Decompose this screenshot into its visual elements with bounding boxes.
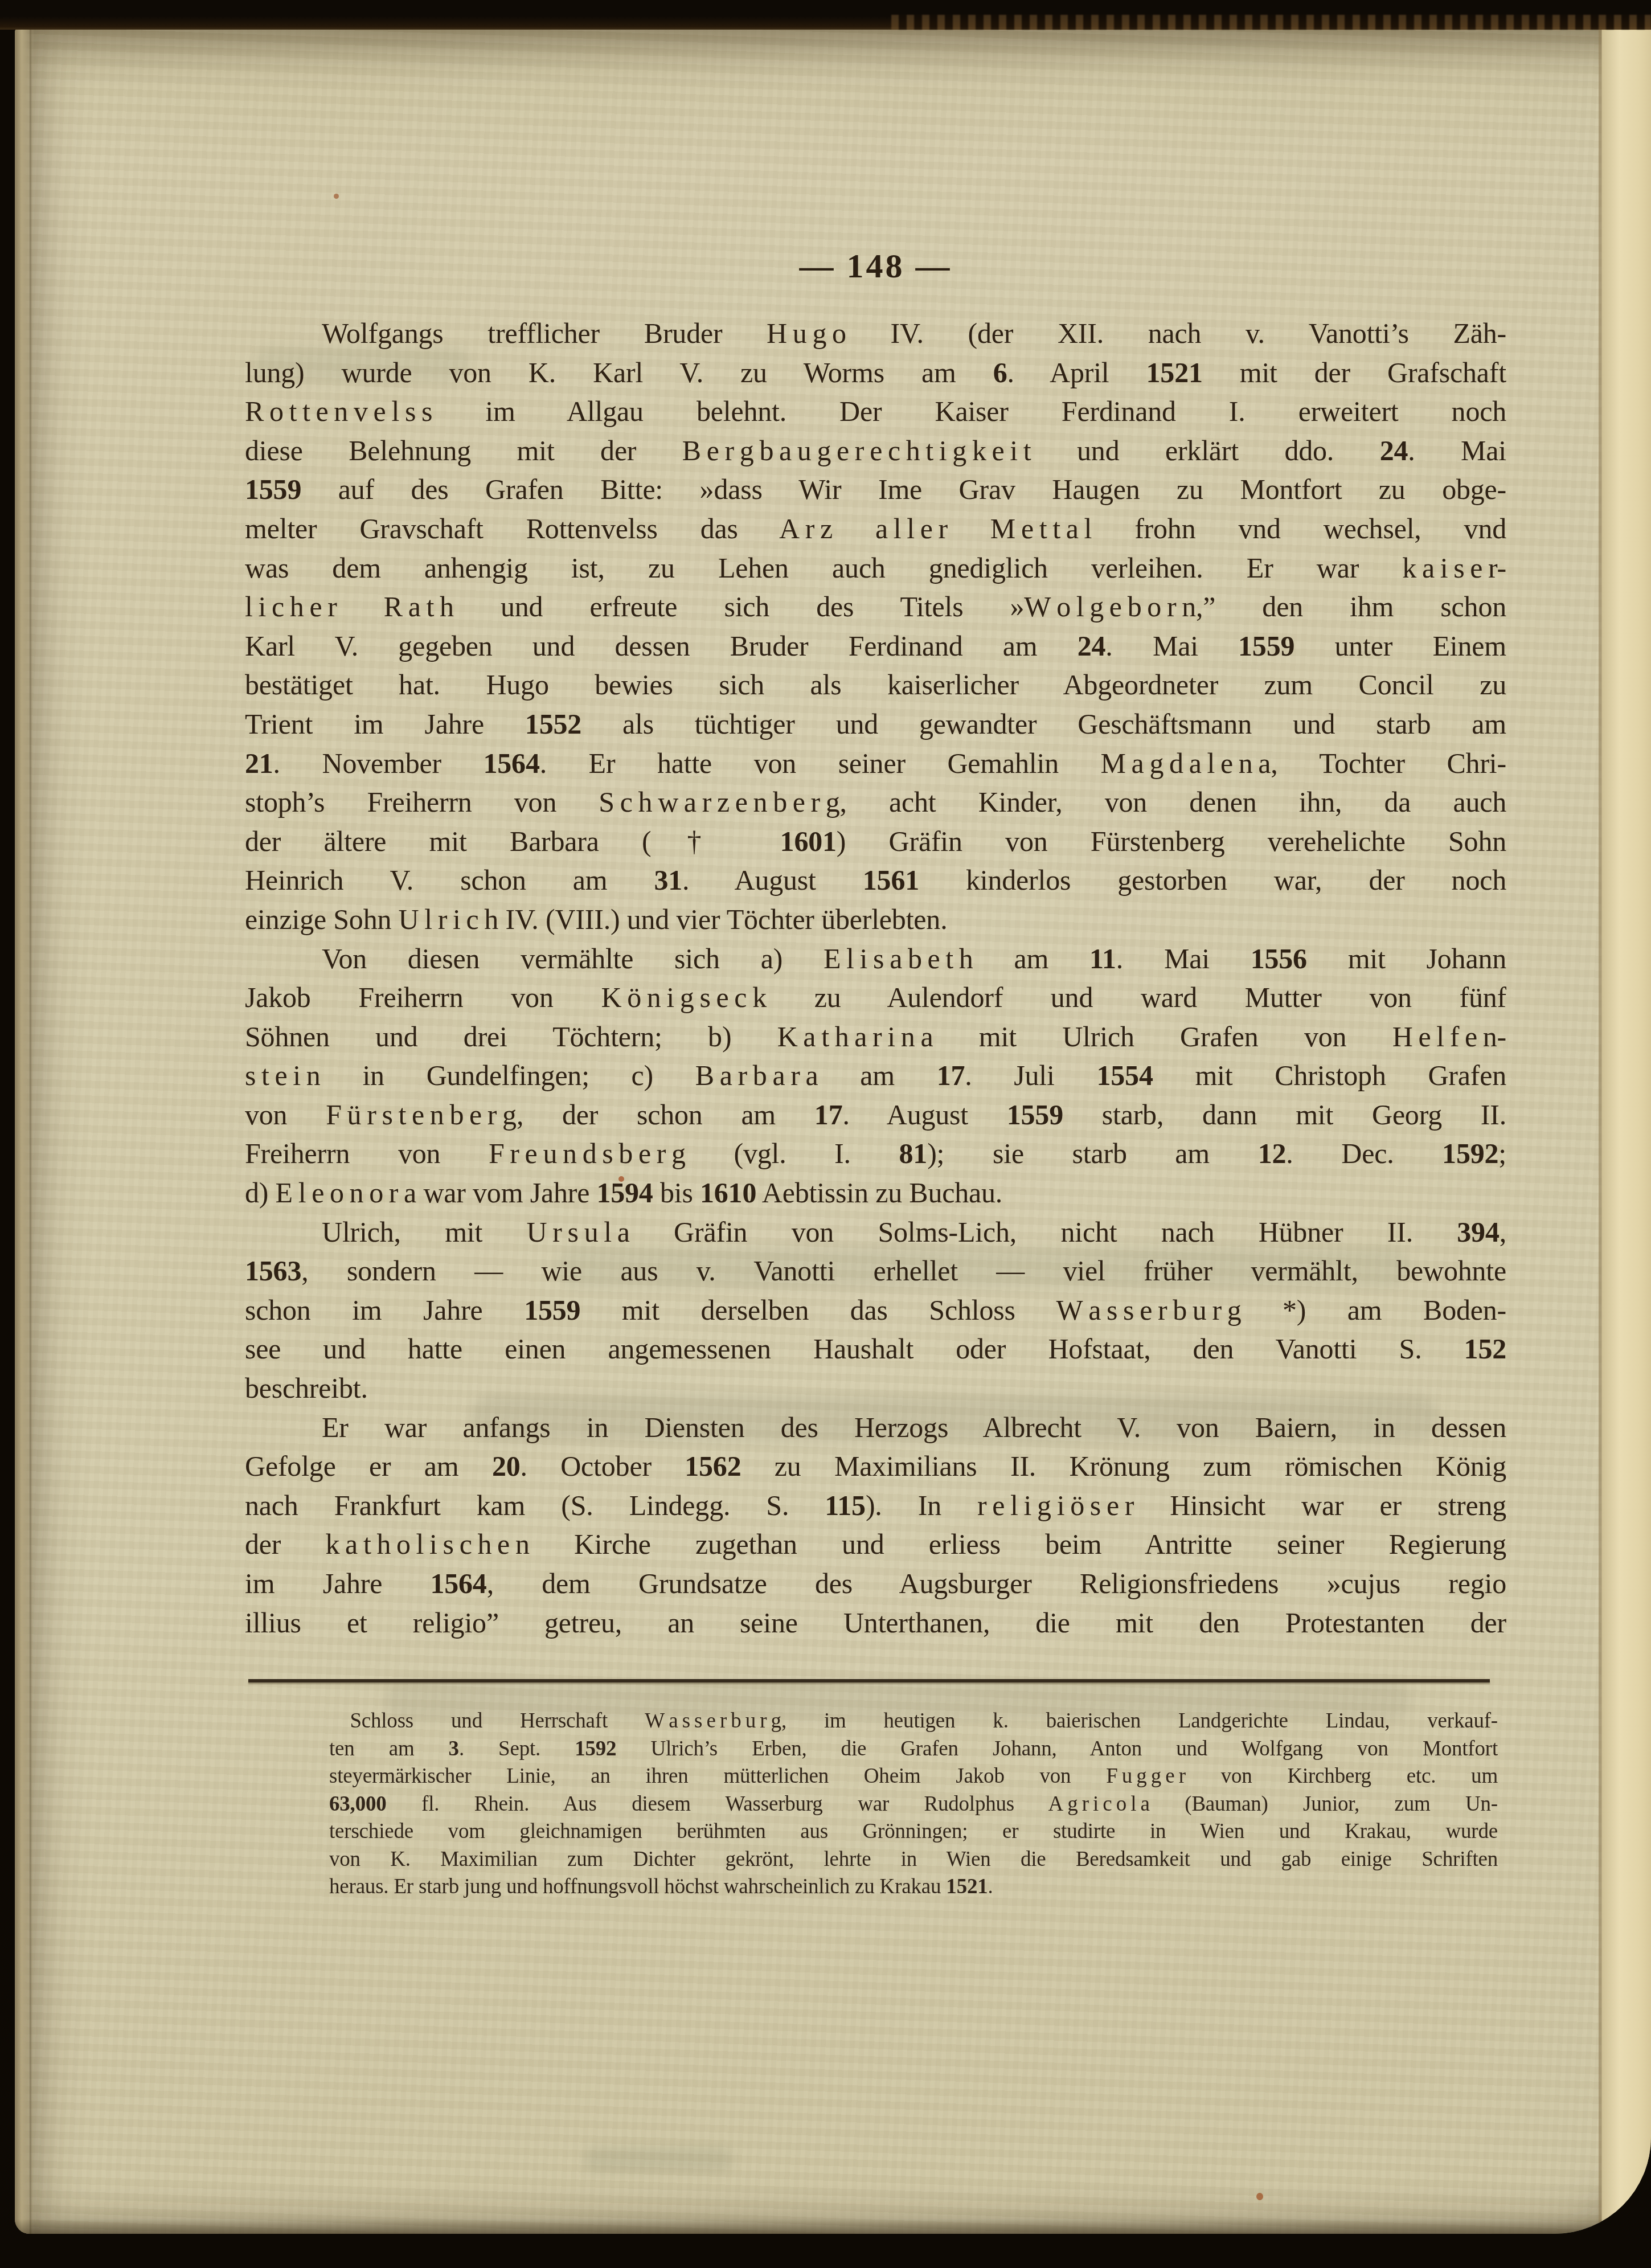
book-page: — 148 — Wolfgangs trefflicher Bruder H u… — [15, 28, 1651, 2234]
text-line: der ältere mit Barbara († 1601) Gräfin v… — [245, 822, 1506, 861]
text-line: R o t t e n v e l s s im Allgau belehnt.… — [245, 392, 1506, 431]
text-line: diese Belehnung mit der B e r g b a u g … — [245, 431, 1506, 470]
footnote-line: steyermärkischer Linie, an ihren mütterl… — [329, 1763, 1498, 1791]
text-line: illius et religio” getreu, an seine Unte… — [245, 1603, 1506, 1643]
footnote-separator-rule — [248, 1679, 1490, 1682]
text-line: lung) wurde von K. Karl V. zu Worms am 6… — [245, 353, 1506, 392]
scanned-book-page: — 148 — Wolfgangs trefflicher Bruder H u… — [0, 0, 1651, 2268]
text-line: stoph’s Freiherrn von S c h w a r z e n … — [245, 783, 1506, 822]
footnote: *) Schloss und Herrschaft W a s s e r b … — [329, 1708, 1498, 1901]
text-line: Söhnen und drei Töchtern; b) K a t h a r… — [245, 1017, 1506, 1057]
paper-speck — [334, 194, 339, 199]
text-line: 1559 auf des Grafen Bitte: »dass Wir Ime… — [245, 470, 1506, 509]
text-line: d) E l e o n o r a war vom Jahre 1594 bi… — [245, 1173, 1506, 1213]
page-stack-edge-left — [15, 28, 34, 2234]
text-line: bestätiget hat. Hugo bewies sich als kai… — [245, 665, 1506, 705]
text-line: Freiherrn von F r e u n d s b e r g (vgl… — [245, 1134, 1506, 1173]
show-through-smudge — [584, 2147, 732, 2172]
text-line: 21. November 1564. Er hatte von seiner G… — [245, 744, 1506, 783]
text-line: Trient im Jahre 1552 als tüchtiger und g… — [245, 705, 1506, 744]
text-line: melter Gravschaft Rottenvelss das A r z … — [245, 509, 1506, 548]
page-curl-edge-right — [1599, 28, 1651, 2234]
text-line: see und hatte einen angemessenen Haushal… — [245, 1329, 1506, 1369]
page-number: — 148 — — [245, 247, 1506, 286]
footnote-line: terschiede vom gleichnamigen berühmten a… — [329, 1818, 1498, 1846]
binding-edge-top — [0, 0, 1651, 30]
text-line: nach Frankfurt kam (S. Lindegg. S. 115).… — [245, 1486, 1506, 1525]
text-line: von F ü r s t e n b e r g, der schon am … — [245, 1095, 1506, 1135]
text-line: Karl V. gegeben und dessen Bruder Ferdin… — [245, 627, 1506, 666]
footnote-line: heraus. Er starb jung und hoffnungsvoll … — [329, 1873, 1498, 1901]
footnote-line: 63,000 fl. Rhein. Aus diesem Wasserburg … — [329, 1791, 1498, 1819]
paper-speck — [1256, 2193, 1263, 2200]
text-line: Von diesen vermählte sich a) E l i s a b… — [245, 939, 1506, 979]
text-line: Ulrich, mit U r s u l a Gräfin von Solms… — [245, 1213, 1506, 1252]
text-line: Jakob Freiherrn von K ö n i g s e c k zu… — [245, 978, 1506, 1017]
footnote-line: von K. Maximilian zum Dichter gekrönt, l… — [329, 1846, 1498, 1874]
text-line: einzige Sohn U l r i c h IV. (VIII.) und… — [245, 900, 1506, 939]
text-line: im Jahre 1564, dem Grundsatze des Augsbu… — [245, 1564, 1506, 1603]
text-line: schon im Jahre 1559 mit derselben das Sc… — [245, 1291, 1506, 1330]
text-line: Er war anfangs in Diensten des Herzogs A… — [245, 1408, 1506, 1447]
footnote-line: *) Schloss und Herrschaft W a s s e r b … — [329, 1708, 1498, 1735]
footnote-line: ten am 3. Sept. 1592 Ulrich’s Erben, die… — [329, 1735, 1498, 1763]
page-bottom-shadow — [15, 2219, 1651, 2234]
text-line: Gefolge er am 20. October 1562 zu Maximi… — [245, 1447, 1506, 1486]
text-line: l i c h e r R a t h und erfreute sich de… — [245, 587, 1506, 627]
text-line: Heinrich V. schon am 31. August 1561 kin… — [245, 861, 1506, 900]
text-line: beschreibt. — [245, 1369, 1506, 1408]
text-line: was dem anhengig ist, zu Lehen auch gned… — [245, 548, 1506, 588]
text-line: 1563, sondern — wie aus v. Vanotti erhel… — [245, 1251, 1506, 1291]
text-line: s t e i n in Gundelfingen; c) B a r b a … — [245, 1056, 1506, 1095]
text-line: Wolfgangs trefflicher Bruder H u g o IV.… — [245, 314, 1506, 353]
text-line: der k a t h o l i s c h e n Kirche zuget… — [245, 1525, 1506, 1564]
body-text: Wolfgangs trefflicher Bruder H u g o IV.… — [245, 314, 1506, 1642]
